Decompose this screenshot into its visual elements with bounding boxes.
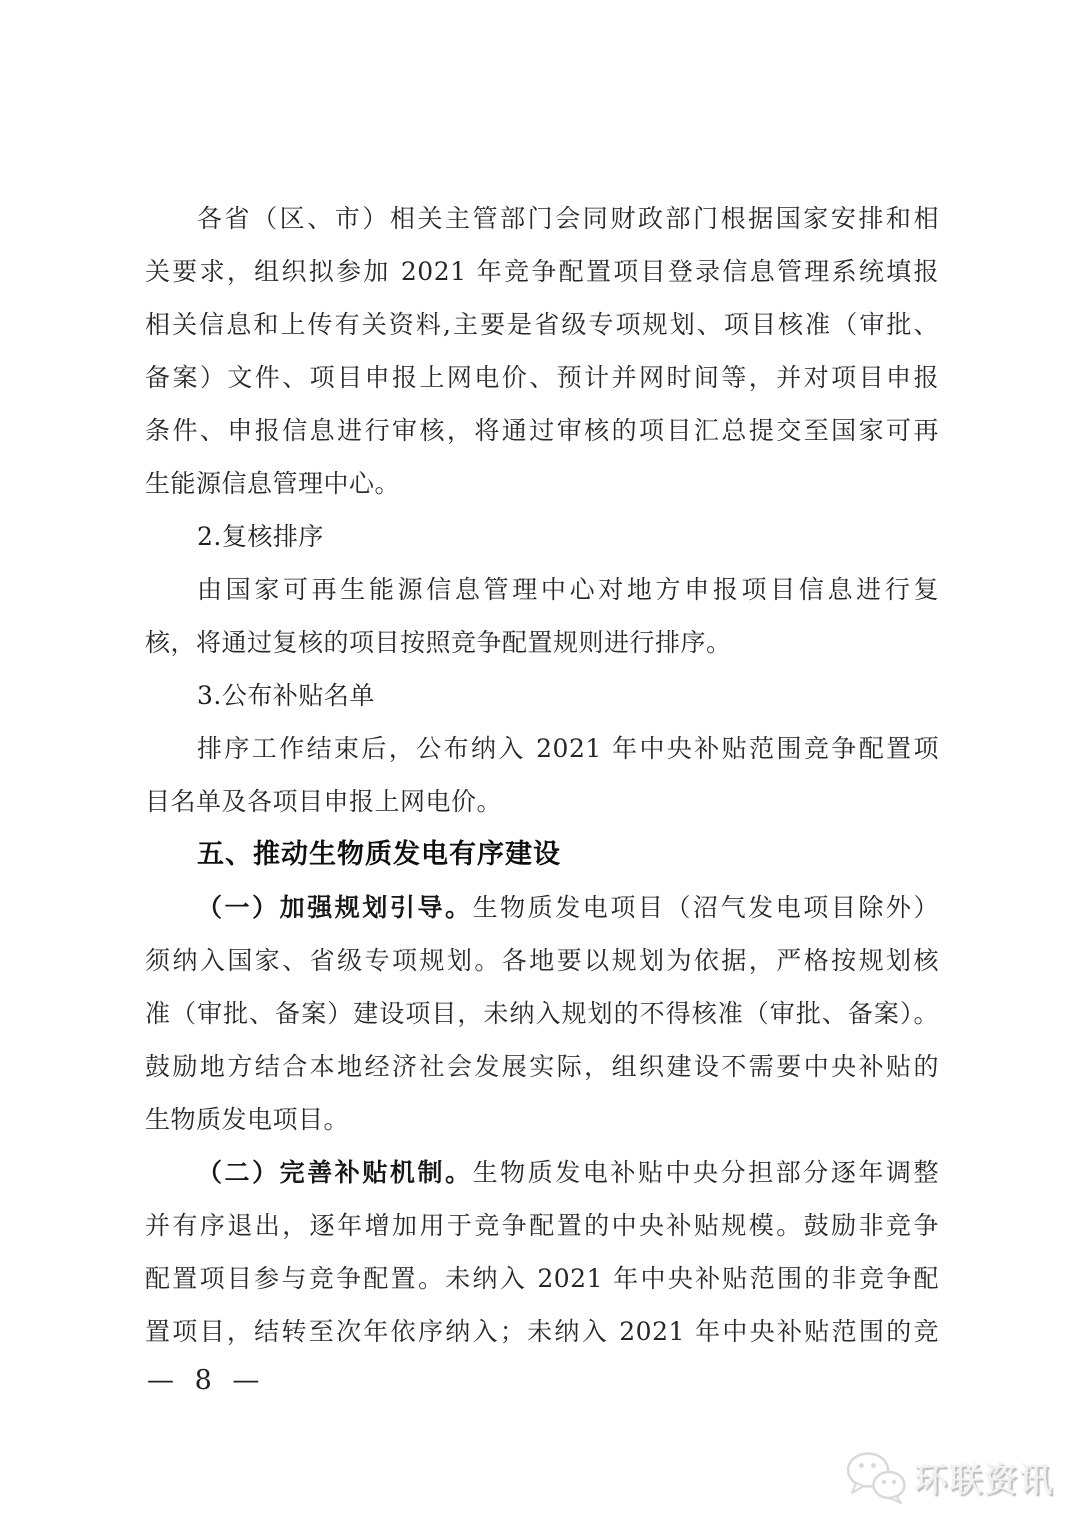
body-text-line: （二）完善补贴机制。生物质发电补贴中央分担部分逐年调整 bbox=[145, 1146, 939, 1199]
body-text-line: 排序工作结束后，公布纳入 2021 年中央补贴范围竞争配置项 bbox=[145, 722, 939, 775]
body-text-line: 关要求，组织拟参加 2021 年竞争配置项目登录信息管理系统填报 bbox=[145, 245, 939, 298]
body-text-line: 条件、申报信息进行审核，将通过审核的项目汇总提交至国家可再 bbox=[145, 404, 939, 457]
document-page: 各省（区、市）相关主管部门会同财政部门根据国家安排和相关要求，组织拟参加 202… bbox=[0, 0, 1080, 1527]
body-text-line: 生物质发电项目。 bbox=[145, 1093, 939, 1146]
body-text-line: 备案）文件、项目申报上网电价、预计并网时间等，并对项目申报 bbox=[145, 351, 939, 404]
body-text-line: 目名单及各项目申报上网电价。 bbox=[145, 775, 939, 828]
wechat-watermark: 环联资讯 bbox=[844, 1447, 1054, 1507]
wechat-icon bbox=[844, 1449, 908, 1505]
body-text-line: 须纳入国家、省级专项规划。各地要以规划为依据，严格按规划核 bbox=[145, 934, 939, 987]
lead-phrase: （一）加强规划引导。 bbox=[197, 893, 473, 922]
body-text-line: 配置项目参与竞争配置。未纳入 2021 年中央补贴范围的非竞争配 bbox=[145, 1252, 939, 1305]
body-text-line: 各省（区、市）相关主管部门会同财政部门根据国家安排和相 bbox=[145, 192, 939, 245]
page-number: — 8 — bbox=[147, 1364, 265, 1398]
section-heading: 五、推动生物质发电有序建设 bbox=[145, 828, 939, 881]
document-body: 各省（区、市）相关主管部门会同财政部门根据国家安排和相关要求，组织拟参加 202… bbox=[145, 192, 939, 1358]
lead-phrase: （二）完善补贴机制。 bbox=[197, 1158, 473, 1187]
body-text-line: （一）加强规划引导。生物质发电项目（沼气发电项目除外） bbox=[145, 881, 939, 934]
body-text-line: 生能源信息管理中心。 bbox=[145, 457, 939, 510]
body-text-line: 核，将通过复核的项目按照竞争配置规则进行排序。 bbox=[145, 616, 939, 669]
body-text-line: 置项目，结转至次年依序纳入；未纳入 2021 年中央补贴范围的竞 bbox=[145, 1305, 939, 1358]
body-text-line: 由国家可再生能源信息管理中心对地方申报项目信息进行复 bbox=[145, 563, 939, 616]
body-text-line: 相关信息和上传有关资料,主要是省级专项规划、项目核准（审批、 bbox=[145, 298, 939, 351]
body-text-line: 并有序退出，逐年增加用于竞争配置的中央补贴规模。鼓励非竞争 bbox=[145, 1199, 939, 1252]
line-text: 生物质发电补贴中央分担部分逐年调整 bbox=[473, 1158, 939, 1187]
watermark-label: 环联资讯 bbox=[914, 1454, 1054, 1501]
body-text-line: 准（审批、备案）建设项目，未纳入规划的不得核准（审批、备案）。 bbox=[145, 987, 939, 1040]
subsection-heading: 2.复核排序 bbox=[145, 510, 939, 563]
body-text-line: 鼓励地方结合本地经济社会发展实际，组织建设不需要中央补贴的 bbox=[145, 1040, 939, 1093]
line-text: 生物质发电项目（沼气发电项目除外） bbox=[473, 893, 939, 922]
subsection-heading: 3.公布补贴名单 bbox=[145, 669, 939, 722]
